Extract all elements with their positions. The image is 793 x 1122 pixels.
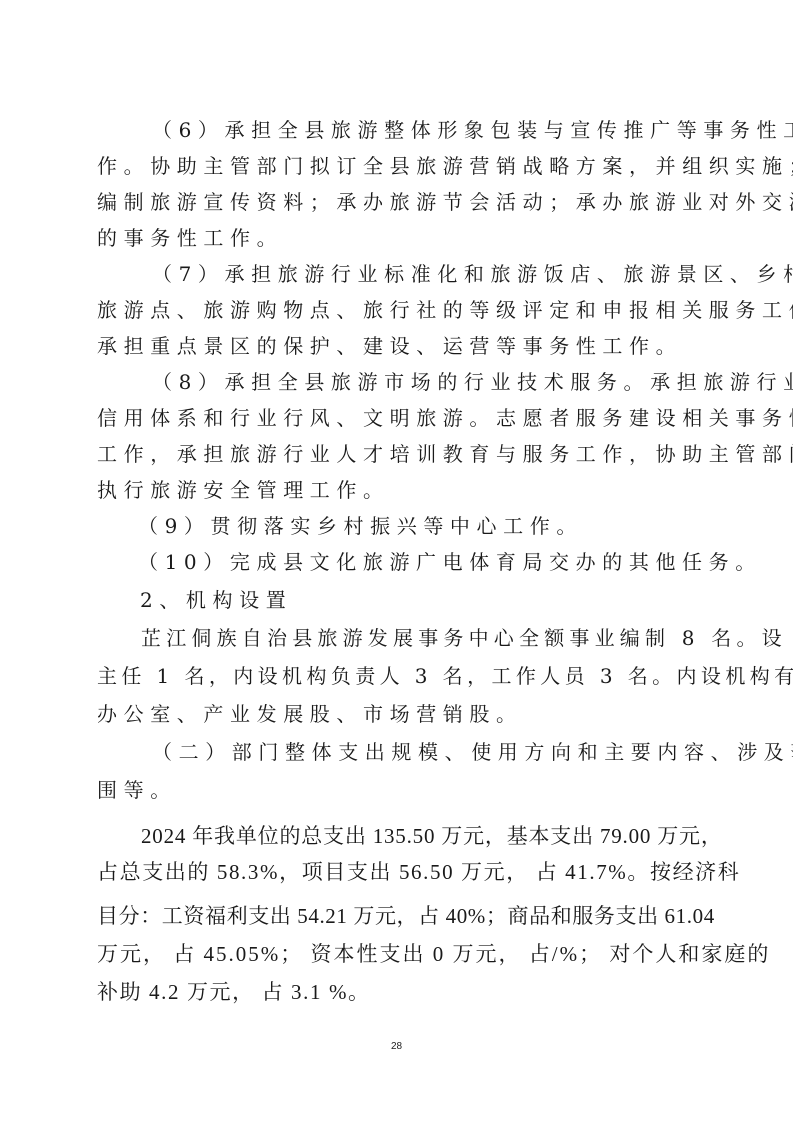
document-page: （6）承担全县旅游整体形象包装与宣传推广等事务性工 作。协助主管部门拟订全县旅游… xyxy=(0,0,793,1122)
item-6-line-4: 的事务性工作。 xyxy=(97,226,697,250)
expenditure-desc-line-1: 2024 年我单位的总支出 135.50 万元，基本支出 79.00 万元， xyxy=(141,824,741,848)
section-heading-org: 2、机构设置 xyxy=(140,588,740,612)
expenditure-desc-line-4: 万元， 占 45.05%； 资本性支出 0 万元， 占/%； 对个人和家庭的 xyxy=(97,942,697,966)
item-7-line-1: （7）承担旅游行业标准化和旅游饭店、旅游景区、乡村 xyxy=(152,262,752,286)
item-7-line-3: 承担重点景区的保护、建设、运营等事务性工作。 xyxy=(97,334,697,358)
item-8-line-1: （8）承担全县旅游市场的行业技术服务。承担旅游行业 xyxy=(152,370,752,394)
expenditure-desc-line-5: 补助 4.2 万元， 占 3.1 %。 xyxy=(97,980,697,1004)
item-9-line-1: （9）贯彻落实乡村振兴等中心工作。 xyxy=(138,514,738,538)
expenditure-desc-line-2: 占总支出的 58.3%，项目支出 56.50 万元， 占 41.7%。按经济科 xyxy=(97,860,697,884)
item-6-line-3: 编制旅游宣传资料；承办旅游节会活动；承办旅游业对外交流 xyxy=(97,190,697,214)
item-6-line-1: （6）承担全县旅游整体形象包装与宣传推广等事务性工 xyxy=(152,118,752,142)
section-heading-expenditure-line-2: 围等。 xyxy=(97,778,697,802)
item-8-line-3: 工作，承担旅游行业人才培训教育与服务工作，协助主管部门 xyxy=(97,442,697,466)
item-7-line-2: 旅游点、旅游购物点、旅行社的等级评定和申报相关服务工作。 xyxy=(97,298,697,322)
org-desc-line-1: 芷江侗族自治县旅游发展事务中心全额事业编制 8 名。设 xyxy=(141,626,741,650)
item-6-line-2: 作。协助主管部门拟订全县旅游营销战略方案，并组织实施； xyxy=(97,154,697,178)
expenditure-desc-line-3: 目分：工资福利支出 54.21 万元，占 40%；商品和服务支出 61.04 xyxy=(97,904,697,928)
section-heading-expenditure-line-1: （二）部门整体支出规模、使用方向和主要内容、涉及范 xyxy=(152,740,752,764)
org-desc-line-2: 主任 1 名，内设机构负责人 3 名，工作人员 3 名。内设机构有： xyxy=(97,664,697,688)
item-10-line-1: （10）完成县文化旅游广电体育局交办的其他任务。 xyxy=(138,550,738,574)
page-number: 28 xyxy=(0,1041,793,1052)
org-desc-line-3: 办公室、产业发展股、市场营销股。 xyxy=(97,702,697,726)
item-8-line-2: 信用体系和行业行风、文明旅游。志愿者服务建设相关事务性 xyxy=(97,406,697,430)
item-8-line-4: 执行旅游安全管理工作。 xyxy=(97,478,697,502)
